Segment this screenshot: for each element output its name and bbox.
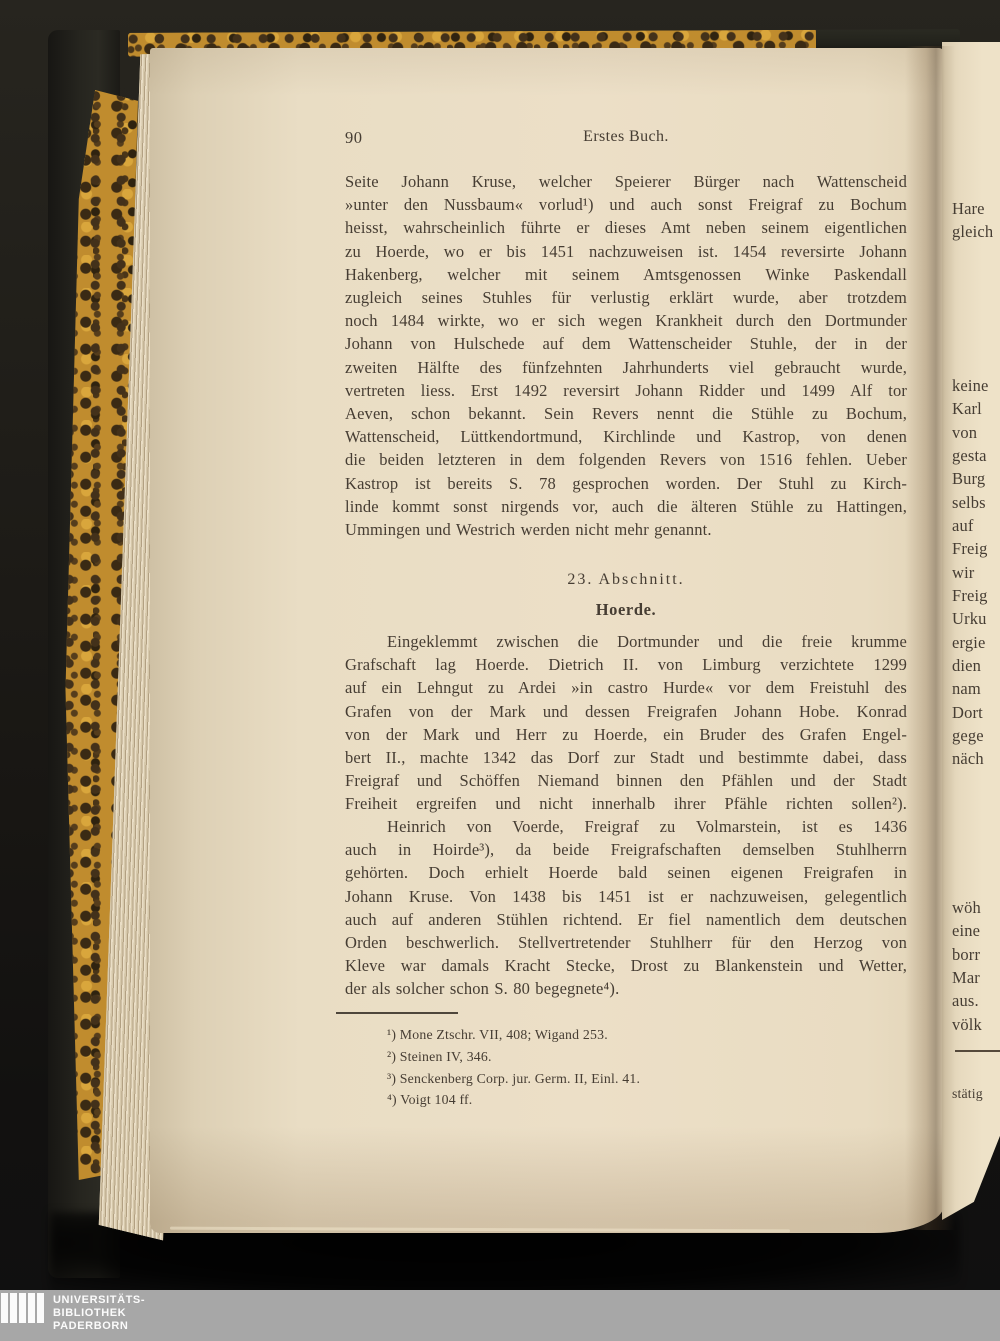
opposite-page-text-fragment: nam: [952, 677, 1000, 700]
opposite-page-text-fragment: Urku: [952, 607, 1000, 630]
text-line: Orden beschwerlich. Stellvertretender St…: [345, 931, 907, 954]
library-watermark-band: UNIVERSITÄTS- BIBLIOTHEK PADERBORN: [0, 1290, 1000, 1341]
paragraph-2: Eingeklemmt zwischen die Dortmunder und …: [345, 630, 907, 816]
footnote-rule: [336, 1012, 458, 1014]
digitized-book-scan: { "scan": { "page_number": "90", "runnin…: [0, 0, 1000, 1341]
text-line: Freiheit ergreifen und nicht innerhalb i…: [345, 792, 907, 815]
opposite-page-text-fragment: Hare: [952, 197, 1000, 220]
text-line: noch 1484 wirkte, wo er sich wegen Krank…: [345, 309, 907, 332]
opposite-page-text-fragment: gesta: [952, 444, 1000, 467]
text-line: Wattenscheid, Lüttkendortmund, Kirchlind…: [345, 425, 907, 448]
opposite-page-text-fragment: gleich: [952, 220, 1000, 243]
opposite-page-text-fragment: selbs: [952, 491, 1000, 514]
text-line: »unter den Nussbaum« vorlud¹) und auch s…: [345, 193, 907, 216]
text-line: Eingeklemmt zwischen die Dortmunder und …: [345, 630, 907, 653]
opposite-page-text-fragment: ergie: [952, 631, 1000, 654]
opposite-page-text-fragment: wir: [952, 561, 1000, 584]
opposite-page-text-fragment: auf: [952, 514, 1000, 537]
gutter-shadow: [905, 46, 955, 1230]
text-line: Kastrop ist bereits S. 78 gesprochen wor…: [345, 472, 907, 495]
opposite-page-text-fragment: eine: [952, 919, 1000, 942]
text-line: zugleich seines Stuhles für verlustig er…: [345, 286, 907, 309]
text-line: Freigraf und Schöffen Niemand binnen den…: [345, 769, 907, 792]
opposite-page-text-fragment: Karl: [952, 397, 1000, 420]
paragraph-3: Heinrich von Voerde, Freigraf zu Volmars…: [345, 815, 907, 1001]
text-line: linde kommt sonst nirgends vor, auch die…: [345, 495, 907, 518]
footnotes: ¹) Mone Ztschr. VII, 408; Wigand 253.²) …: [387, 1024, 907, 1111]
opposite-page-text-fragment: stätig: [952, 1082, 1000, 1105]
text-line: Johann von Hulschede auf dem Wattenschei…: [345, 332, 907, 355]
text-line: Kleve war damals Kracht Stecke, Drost zu…: [345, 954, 907, 977]
opposite-page-text-fragment: Freig: [952, 584, 1000, 607]
text-line: Grafschaft lag Hoerde. Dietrich II. von …: [345, 653, 907, 676]
text-line: ⁴) Voigt 104 ff.: [387, 1089, 907, 1111]
library-name-line2: BIBLIOTHEK: [53, 1307, 145, 1320]
text-line: vertreten liess. Erst 1492 reversirt Joh…: [345, 379, 907, 402]
text-line: bert II., machte 1342 das Dorf zur Stadt…: [345, 746, 907, 769]
text-line: von der Mark und Herr zu Hoerde, ein Bru…: [345, 723, 907, 746]
text-line: zu Hoerde, wo er bis 1451 nachzuweisen i…: [345, 240, 907, 263]
text-line: gehörten. Doch erhielt Hoerde bald seine…: [345, 861, 907, 884]
opposite-page-text-fragment: dien: [952, 654, 1000, 677]
text-line: auch auf anderen Stühlen richtend. Er fi…: [345, 908, 907, 931]
library-name: UNIVERSITÄTS- BIBLIOTHEK PADERBORN: [53, 1294, 145, 1333]
library-name-line1: UNIVERSITÄTS-: [53, 1294, 145, 1307]
paragraph-1: Seite Johann Kruse, welcher Speierer Bür…: [345, 170, 907, 541]
text-line: ²) Steinen IV, 346.: [387, 1046, 907, 1068]
opposite-page-text-fragment: keine: [952, 374, 1000, 397]
opposite-page-text-fragment: Freig: [952, 537, 1000, 560]
text-line: ³) Senckenberg Corp. jur. Germ. II, Einl…: [387, 1068, 907, 1090]
text-line: auf ein Lehngut zu Ardei »in castro Hurd…: [345, 676, 907, 699]
text-line: Aeven, schon bekannt. Sein Revers nennt …: [345, 402, 907, 425]
text-line: die beiden letzteren in dem folgenden Re…: [345, 448, 907, 471]
text-line: heisst, wahrscheinlich führte er dieses …: [345, 216, 907, 239]
running-header: Erstes Buch.: [345, 128, 907, 146]
opposite-page-text-fragment: wöh: [952, 896, 1000, 919]
opposite-page-text-fragment: Burg: [952, 467, 1000, 490]
text-line: Heinrich von Voerde, Freigraf zu Volmars…: [345, 815, 907, 838]
opposite-page-footnote-rule: [955, 1050, 1000, 1052]
opposite-page-text-fragment: borr: [952, 943, 1000, 966]
section-number-heading: 23. Abschnitt.: [345, 571, 907, 589]
text-line: Johann Kruse. Von 1438 bis 1451 ist er n…: [345, 885, 907, 908]
text-line: Hakenberg, welcher mit seinem Amtsgenoss…: [345, 263, 907, 286]
text-line: zweiten Hälfte des fünfzehnten Jahrhunde…: [345, 356, 907, 379]
text-line: Seite Johann Kruse, welcher Speierer Bür…: [345, 170, 907, 193]
text-line: Ummingen und Westrich werden nicht mehr …: [345, 518, 907, 541]
opposite-page-text-fragment: näch: [952, 747, 1000, 770]
opposite-page-text-fragment: von: [952, 421, 1000, 444]
library-name-line3: PADERBORN: [53, 1320, 145, 1333]
text-line: der als solcher schon S. 80 begegnete⁴).: [345, 977, 907, 1000]
text-line: ¹) Mone Ztschr. VII, 408; Wigand 253.: [387, 1024, 907, 1046]
opposite-page-text-fragment: Dort: [952, 701, 1000, 724]
opposite-page-text-fragment: aus.: [952, 989, 1000, 1012]
opposite-page-text-fragment: Mar: [952, 966, 1000, 989]
text-line: Grafen von der Mark und dessen Freigrafe…: [345, 700, 907, 723]
section-title-heading: Hoerde.: [345, 600, 907, 620]
opposite-page-text-fragment: gege: [952, 724, 1000, 747]
text-line: auch in Hoirde³), da beide Freigrafschaf…: [345, 838, 907, 861]
opposite-page-text-fragment: völk: [952, 1013, 1000, 1036]
